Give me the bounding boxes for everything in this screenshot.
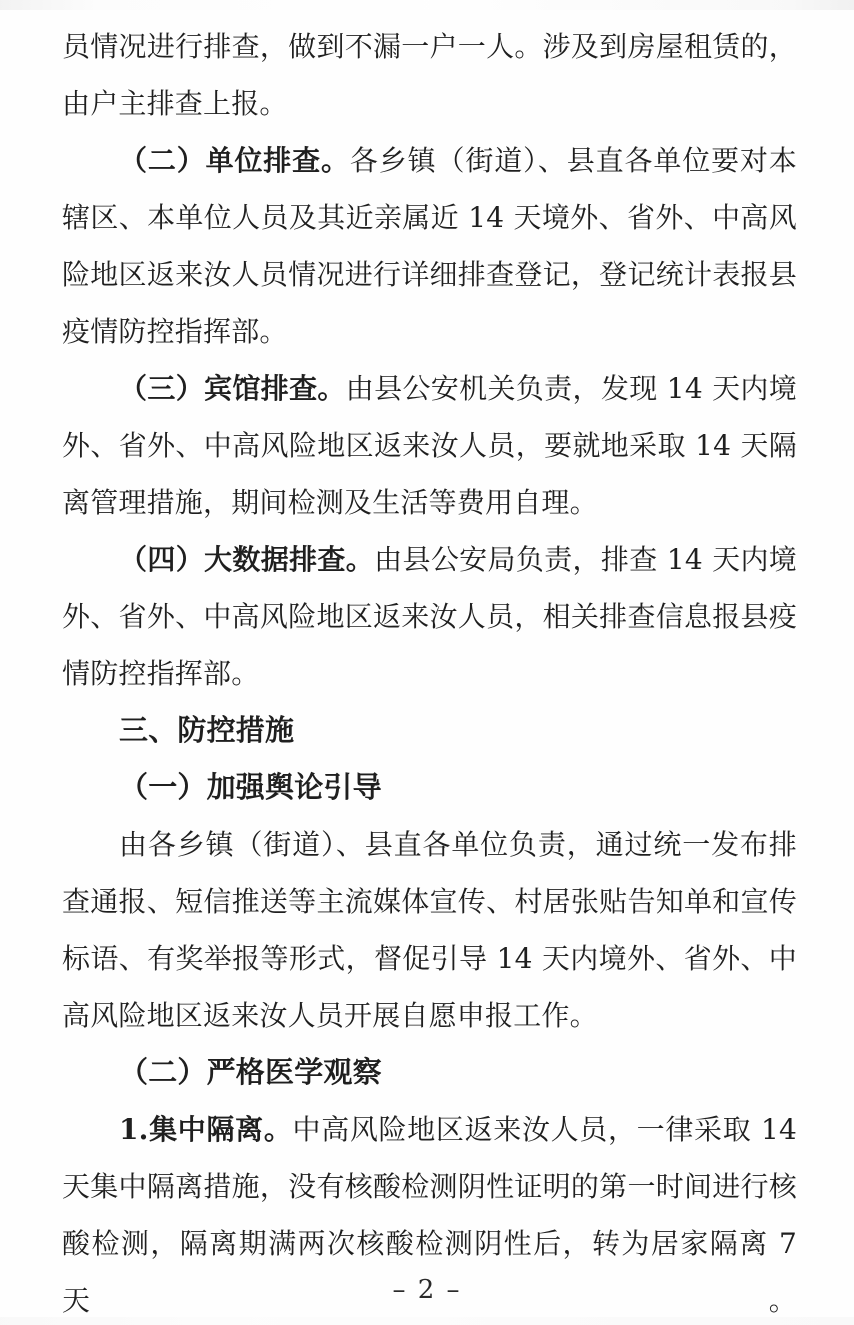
doc-line: 高风险地区返来汝人员开展自愿申报工作。 [62, 987, 797, 1044]
doc-line: 由户主排查上报。 [62, 75, 797, 132]
doc-line: 天集中隔离措施，没有核酸检测阴性证明的第一时间进行核 [62, 1158, 797, 1215]
doc-line: 险地区返来汝人员情况进行详细排查登记，登记统计表报县 [62, 246, 797, 303]
doc-line: 辖区、本单位人员及其近亲属近 14 天境外、省外、中高风 [62, 189, 797, 246]
paragraph-text: 各乡镇（街道）、县直各单位要对本 [350, 144, 797, 177]
paragraph-text: 天集中隔离措施，没有核酸检测阴性证明的第一时间进行核 [62, 1170, 797, 1203]
doc-line: 疫情防控指挥部。 [62, 303, 797, 360]
paragraph-lead-bold: （一）加强舆论引导 [119, 770, 382, 804]
paragraph-text: 由县公安机关负责，发现 14 天内境 [346, 372, 797, 405]
paragraph-text: 高风险地区返来汝人员开展自愿申报工作。 [62, 999, 598, 1032]
paragraph-lead-bold: （二）单位排查。 [119, 144, 350, 177]
paragraph-text: 由各乡镇（街道）、县直各单位负责，通过统一发布排 [119, 828, 797, 861]
doc-line: （四）大数据排查。由县公安局负责，排查 14 天内境 [62, 531, 797, 588]
doc-line: 离管理措施，期间检测及生活等费用自理。 [62, 474, 797, 531]
heading-line: （一）加强舆论引导 [62, 759, 797, 816]
paragraph-text: 离管理措施，期间检测及生活等费用自理。 [62, 486, 598, 519]
doc-line: 由各乡镇（街道）、县直各单位负责，通过统一发布排 [62, 816, 797, 873]
paragraph-text: 外、省外、中高风险地区返来汝人员，相关排查信息报县疫 [62, 600, 797, 633]
doc-line: （二）单位排查。各乡镇（街道）、县直各单位要对本 [62, 132, 797, 189]
scan-artifact-bottom [0, 1317, 854, 1325]
paragraph-text: 标语、有奖举报等形式，督促引导 14 天内境外、省外、中 [62, 942, 797, 975]
doc-line: 酸检测，隔离期满两次核酸检测阴性后，转为居家隔离 7 天。 [62, 1215, 797, 1272]
paragraph-lead-bold: （二）严格医学观察 [119, 1055, 382, 1089]
paragraph-text: 由县公安局负责，排查 14 天内境 [374, 543, 797, 576]
paragraph-text: 疫情防控指挥部。 [62, 315, 288, 348]
paragraph-text: 险地区返来汝人员情况进行详细排查登记，登记统计表报县 [62, 258, 797, 291]
doc-line: 标语、有奖举报等形式，督促引导 14 天内境外、省外、中 [62, 930, 797, 987]
doc-line: 情防控指挥部。 [62, 645, 797, 702]
paragraph-lead-bold: 三、防控措施 [119, 713, 294, 747]
doc-line: （三）宾馆排查。由县公安机关负责，发现 14 天内境 [62, 360, 797, 417]
text-block: 员情况进行排查，做到不漏一户一人。涉及到房屋租赁的，由户主排查上报。（二）单位排… [62, 18, 797, 1272]
doc-line: 外、省外、中高风险地区返来汝人员，相关排查信息报县疫 [62, 588, 797, 645]
paragraph-text: 由户主排查上报。 [62, 87, 288, 120]
doc-line: 查通报、短信推送等主流媒体宣传、村居张贴告知单和宣传 [62, 873, 797, 930]
page-number: – 2 – [0, 1268, 854, 1312]
scan-artifact-top [0, 0, 854, 10]
heading-line: （二）严格医学观察 [62, 1044, 797, 1101]
paragraph-text: 中高风险地区返来汝人员，一律采取 14 [293, 1113, 797, 1146]
paragraph-lead-bold: （三）宾馆排查。 [119, 372, 346, 405]
paragraph-text: 员情况进行排查，做到不漏一户一人。涉及到房屋租赁的， [62, 30, 797, 63]
doc-line: 外、省外、中高风险地区返来汝人员，要就地采取 14 天隔 [62, 417, 797, 474]
paragraph-text: 外、省外、中高风险地区返来汝人员，要就地采取 14 天隔 [62, 429, 797, 462]
paragraph-text: 查通报、短信推送等主流媒体宣传、村居张贴告知单和宣传 [62, 885, 797, 918]
paragraph-lead-bold: 1.集中隔离。 [119, 1113, 293, 1146]
doc-line: 员情况进行排查，做到不漏一户一人。涉及到房屋租赁的， [62, 18, 797, 75]
paragraph-text: 辖区、本单位人员及其近亲属近 14 天境外、省外、中高风 [62, 201, 797, 234]
paragraph-text: 情防控指挥部。 [62, 657, 259, 690]
paragraph-lead-bold: （四）大数据排查。 [119, 543, 374, 576]
heading-line: 三、防控措施 [62, 702, 797, 759]
document-page: 员情况进行排查，做到不漏一户一人。涉及到房屋租赁的，由户主排查上报。（二）单位排… [0, 0, 854, 1325]
doc-line: 1.集中隔离。中高风险地区返来汝人员，一律采取 14 [62, 1101, 797, 1158]
